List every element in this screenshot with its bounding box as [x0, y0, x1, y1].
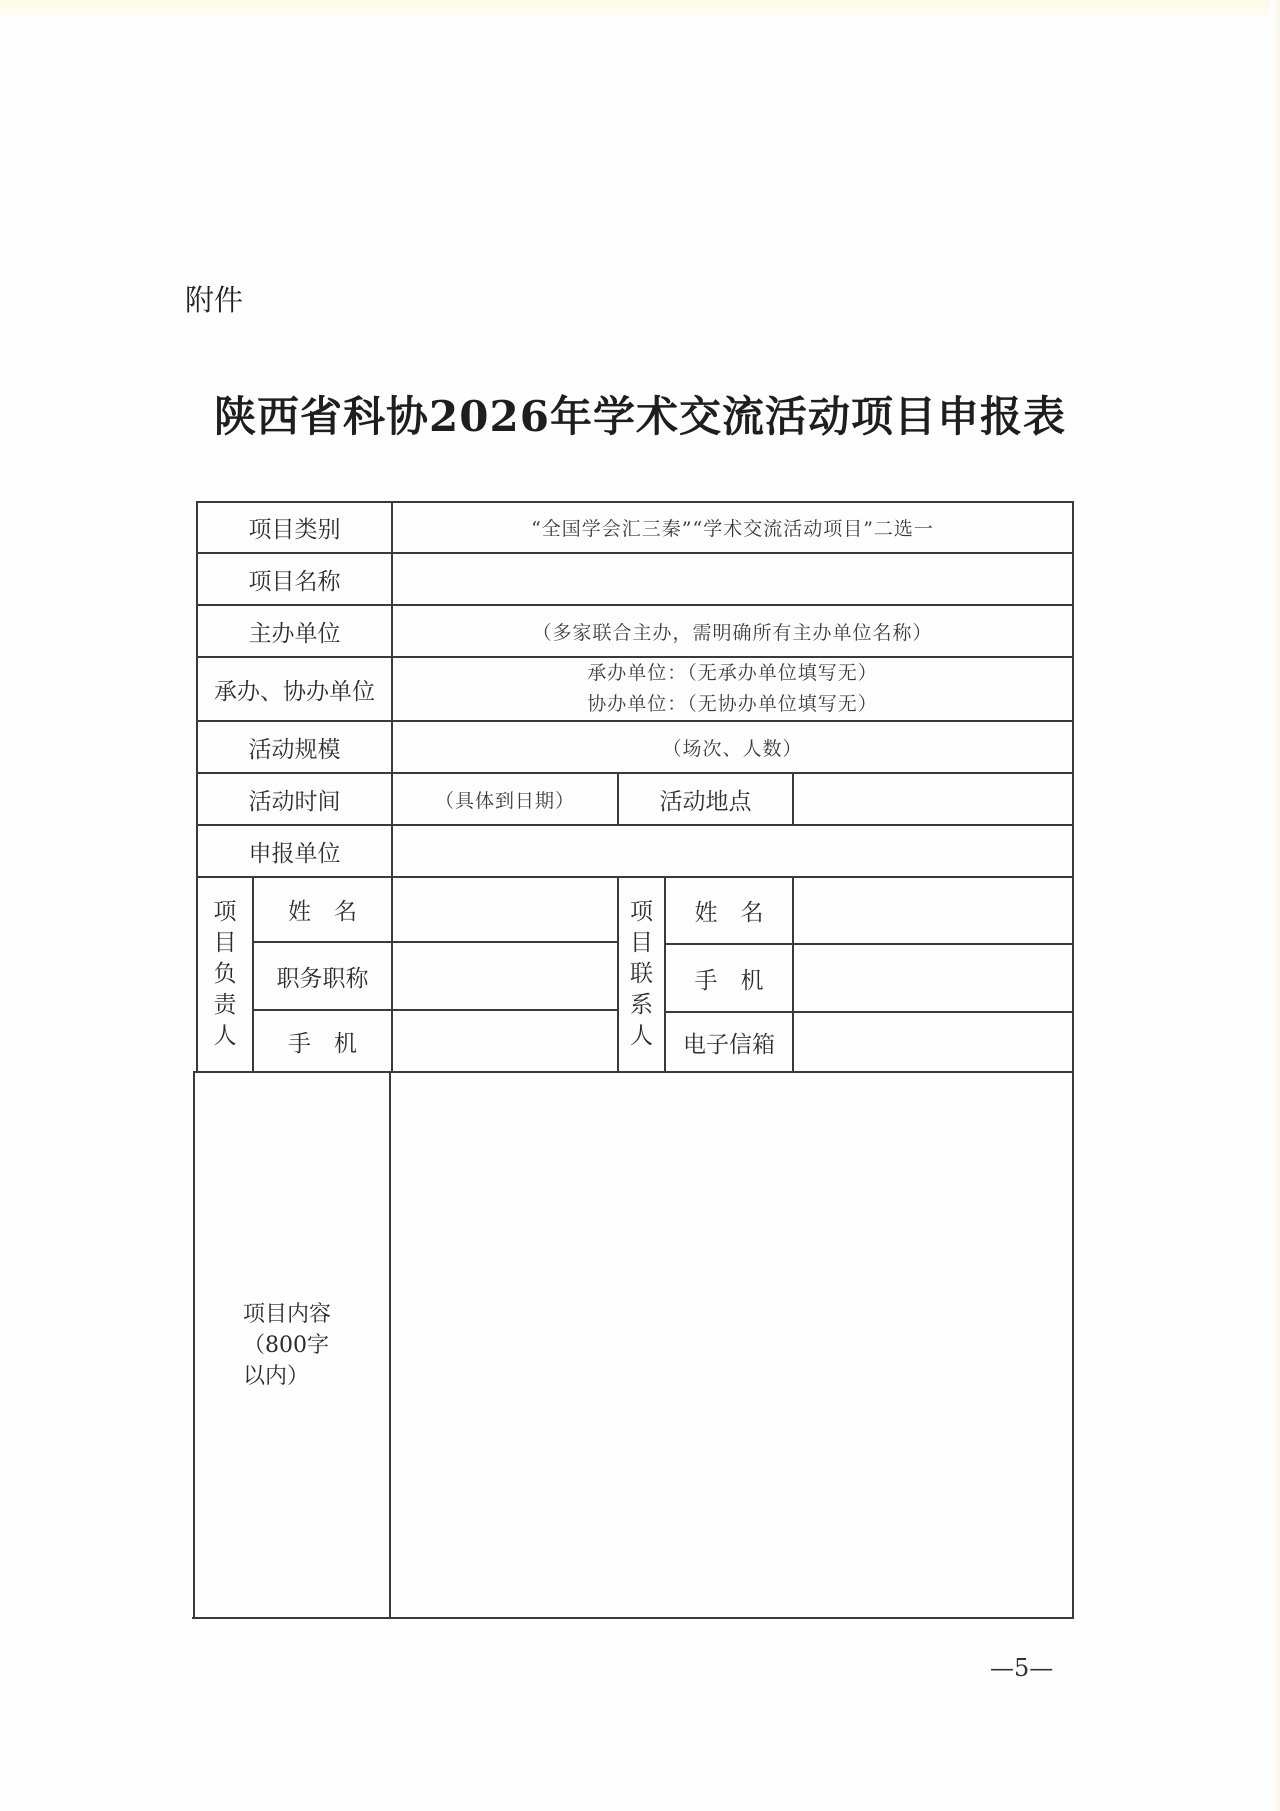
contact-name-label: 姓 名 — [666, 878, 792, 943]
contact-phone-field[interactable] — [794, 945, 1072, 1011]
leader-title-field[interactable] — [393, 943, 617, 1009]
leader-group-char: 目 — [214, 928, 237, 959]
page-number: —5— — [990, 1654, 1053, 1682]
content-label-line: 项目内容 — [243, 1299, 331, 1330]
leader-title-label: 职务职称 — [254, 943, 391, 1009]
content-label-line: 以内） — [243, 1361, 309, 1392]
contact-group-char: 人 — [630, 1021, 653, 1052]
category-label: 项目类别 — [198, 503, 391, 552]
contact-group-char: 项 — [630, 897, 653, 928]
table-border-bottom — [192, 1617, 1074, 1619]
leader-group-char: 人 — [214, 1021, 237, 1052]
document-title: 陕西省科协2026年学术交流活动项目申报表 — [0, 384, 1280, 444]
time-field[interactable]: （具体到日期） — [393, 774, 617, 824]
scale-field[interactable]: （场次、人数） — [393, 722, 1072, 772]
attachment-label: 附件 — [185, 278, 243, 319]
contact-email-field[interactable] — [794, 1013, 1072, 1071]
scan-right-tint — [1270, 0, 1280, 1811]
time-label: 活动时间 — [198, 774, 391, 824]
scan-top-tint — [0, 0, 1280, 22]
leader-group-label: 项 目 负 责 人 — [198, 878, 252, 1071]
project-name-field[interactable] — [393, 554, 1072, 604]
leader-group-char: 负 — [214, 959, 237, 990]
table-border-right — [1072, 501, 1074, 1619]
applicant-unit-field[interactable] — [393, 826, 1072, 876]
organizer-field[interactable]: 承办单位：（无承办单位填写无） 协办单位：（无协办单位填写无） — [393, 658, 1072, 720]
content-label: 项目内容 （800字 以内） — [195, 1073, 389, 1617]
co-organizer-hint: 协办单位：（无协办单位填写无） — [587, 689, 878, 720]
contact-group-label: 项 目 联 系 人 — [619, 878, 664, 1071]
scale-label: 活动规模 — [198, 722, 391, 772]
host-unit-field[interactable]: （多家联合主办，需明确所有主办单位名称） — [393, 606, 1072, 656]
organizer-hint: 承办单位：（无承办单位填写无） — [587, 658, 878, 689]
leader-phone-label: 手 机 — [254, 1011, 391, 1071]
contact-group-char: 系 — [630, 990, 653, 1021]
location-field[interactable] — [794, 774, 1072, 824]
content-field[interactable] — [391, 1073, 1072, 1617]
location-label: 活动地点 — [619, 774, 792, 824]
category-field[interactable]: “全国学会汇三秦”“学术交流活动项目”二选一 — [393, 503, 1072, 552]
contact-name-field[interactable] — [794, 878, 1072, 943]
contact-group-char: 目 — [630, 928, 653, 959]
leader-phone-field[interactable] — [393, 1011, 617, 1071]
content-label-line: （800字 — [243, 1330, 329, 1361]
contact-email-label: 电子信箱 — [666, 1013, 792, 1071]
organizer-label: 承办、协办单位 — [198, 658, 391, 720]
leader-group-char: 责 — [214, 990, 237, 1021]
project-name-label: 项目名称 — [198, 554, 391, 604]
applicant-unit-label: 申报单位 — [198, 826, 391, 876]
leader-name-label: 姓 名 — [254, 878, 391, 941]
contact-group-char: 联 — [630, 959, 653, 990]
host-unit-label: 主办单位 — [198, 606, 391, 656]
contact-phone-label: 手 机 — [666, 945, 792, 1011]
leader-name-field[interactable] — [393, 878, 617, 941]
leader-group-char: 项 — [214, 897, 237, 928]
